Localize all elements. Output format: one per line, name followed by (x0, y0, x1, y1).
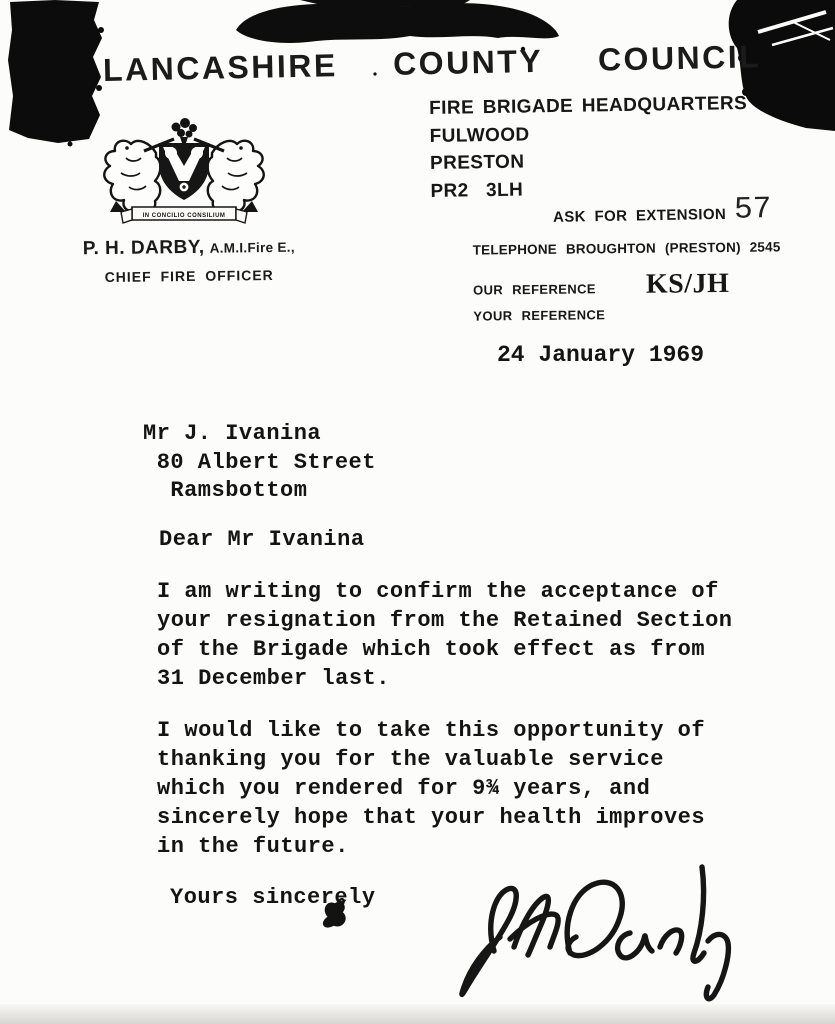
officer-qualification: A.M.I.Fire E., (210, 240, 295, 256)
reference-block: TELEPHONE BROUGHTON (PRESTON) 2545 OUR R… (473, 239, 782, 323)
telephone-line: TELEPHONE BROUGHTON (PRESTON) 2545 (473, 239, 781, 257)
scanned-letter: LANCASHIRE COUNTY COUNCIL (0, 0, 835, 1024)
letter-date: 24 January 1969 (497, 342, 704, 368)
body-paragraph-2: I would like to take this opportunity of… (157, 716, 705, 861)
county-crest-icon: IN CONCILIO CONSILIUM (96, 117, 272, 225)
hq-address: FIRE BRIGADE HEADQUARTERS FULWOOD PRESTO… (429, 90, 749, 205)
body-paragraph-1: I am writing to confirm the acceptance o… (157, 577, 733, 693)
extension-number: 57 (734, 194, 772, 226)
our-reference-row: OUR REFERENCE KS/JH (473, 267, 781, 302)
our-reference-label: OUR REFERENCE (473, 281, 596, 297)
officer-title: CHIEF FIRE OFFICER (78, 267, 300, 286)
extension-row: ASK FOR EXTENSION 57 (553, 194, 772, 229)
signature-handwriting (450, 853, 742, 1003)
officer-name-line: P. H. DARBY,A.M.I.Fire E., (78, 236, 300, 261)
your-reference-label: YOUR REFERENCE (473, 305, 781, 323)
ink-blot (314, 894, 350, 936)
extension-label: ASK FOR EXTENSION (553, 206, 726, 226)
crest-motto-ribbon: IN CONCILIO CONSILIUM (121, 207, 247, 223)
hq-address-line-1: FIRE BRIGADE HEADQUARTERS (429, 90, 747, 122)
officer-block: P. H. DARBY,A.M.I.Fire E., CHIEF FIRE OF… (78, 236, 301, 286)
crest-top-ornament (172, 118, 198, 143)
crest-shield (159, 143, 209, 200)
officer-name: P. H. DARBY, (83, 237, 205, 259)
our-reference-value: KS/JH (646, 268, 730, 301)
council-name: LANCASHIRE COUNTY COUNCIL (103, 38, 762, 89)
crest-motto: IN CONCILIO CONSILIUM (143, 213, 226, 219)
scan-blotch-left (8, 0, 104, 147)
salutation: Dear Mr Ivanina (159, 527, 365, 552)
recipient-address: Mr J. Ivanina 80 Albert Street Ramsbotto… (143, 420, 376, 506)
